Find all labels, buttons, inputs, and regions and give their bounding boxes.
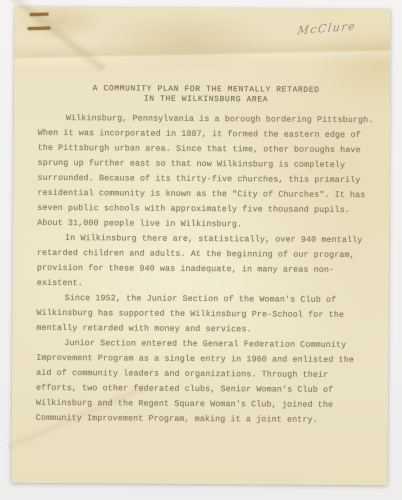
paragraph-improvement-program: Junior Section entered the General Feder… bbox=[36, 336, 373, 428]
paragraph-statistics: In Wilkinsburg there are, statistically,… bbox=[37, 231, 373, 293]
document-title: A COMMUNITY PLAN FOR THE MENTALLY RETARD… bbox=[38, 84, 374, 106]
photo-background: McClure A COMMUNITY PLAN FOR THE MENTALL… bbox=[0, 0, 402, 500]
title-line-2: IN THE WILKINSBURG AREA bbox=[38, 94, 374, 106]
paragraph-junior-section: Since 1952, the Junior Section of the Wo… bbox=[36, 291, 372, 338]
typewritten-content: A COMMUNITY PLAN FOR THE MENTALLY RETARD… bbox=[36, 7, 375, 428]
paragraph-intro: Wilkinsburg, Pennsylvania is a borough b… bbox=[37, 111, 374, 233]
document-page: McClure A COMMUNITY PLAN FOR THE MENTALL… bbox=[11, 7, 390, 486]
